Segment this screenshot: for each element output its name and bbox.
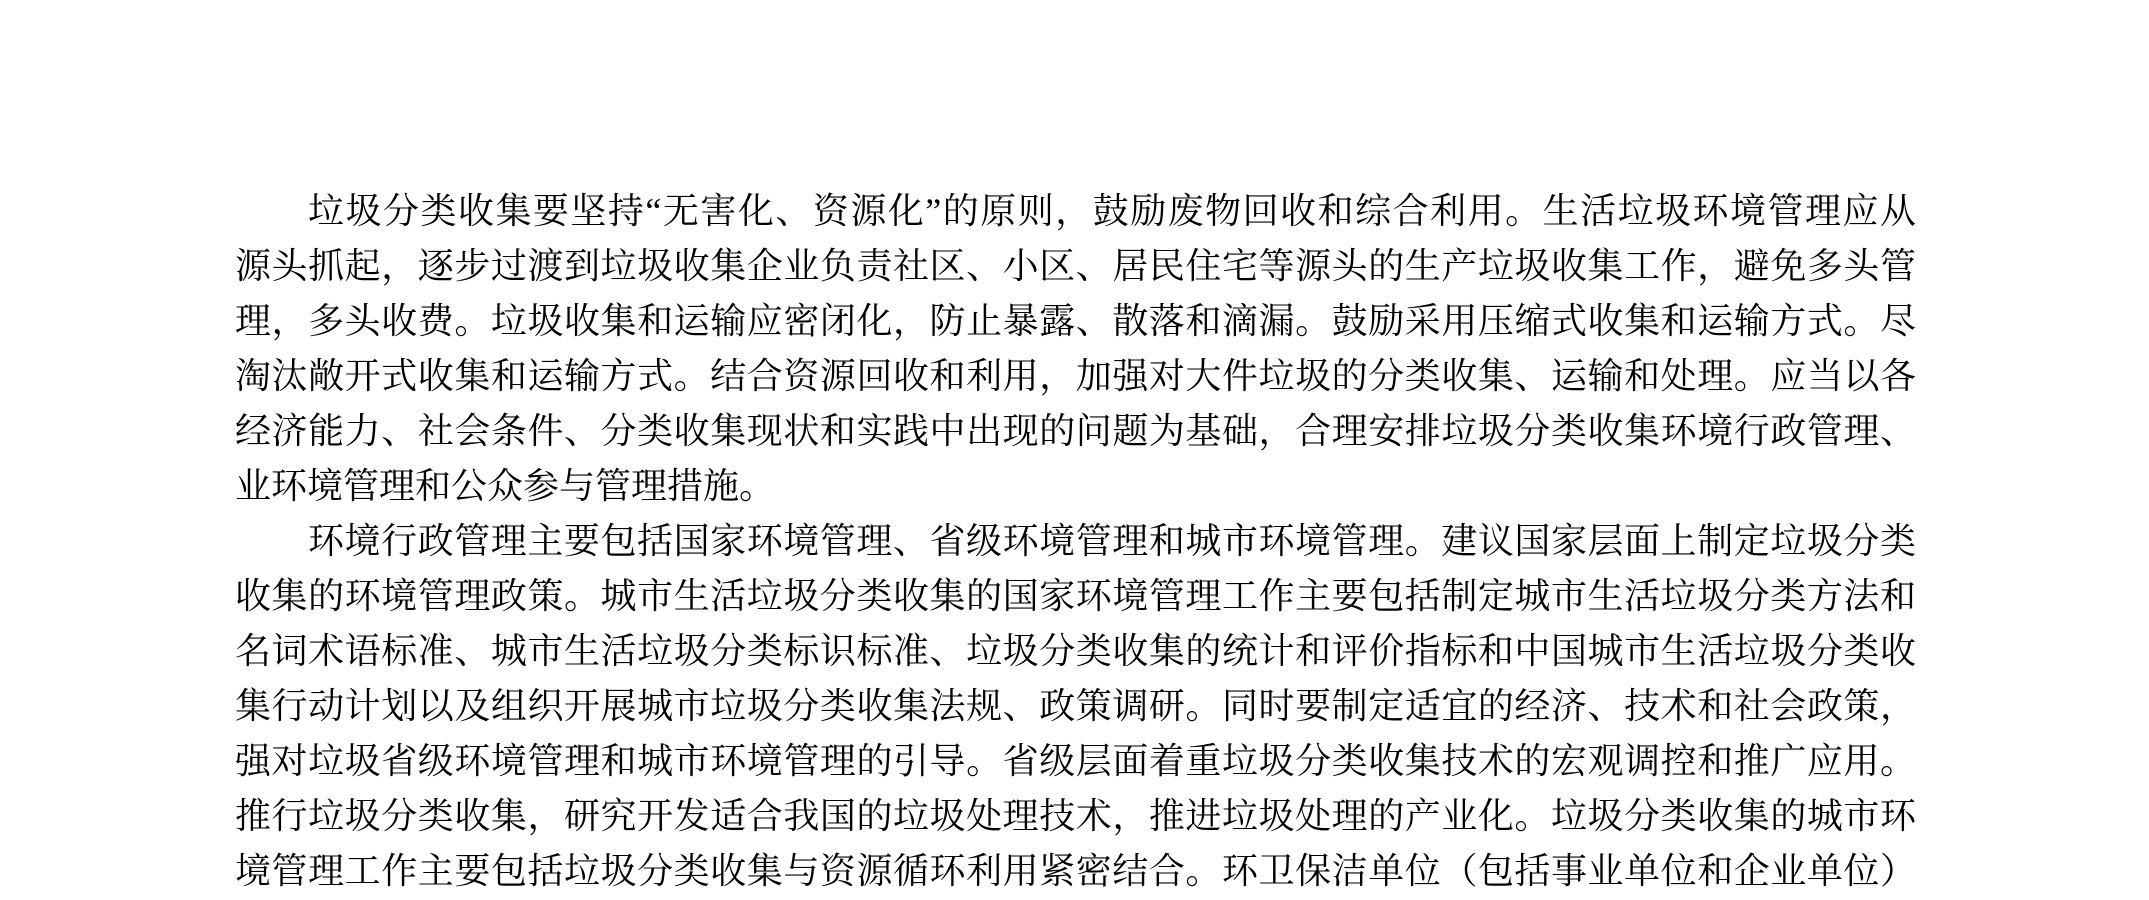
- document-text-block: 垃圾分类收集要坚持“无害化、资源化”的原则，鼓励废物回收和综合利用。生活垃圾环境…: [235, 184, 1916, 899]
- text-line: 业环境管理和公众参与管理措施。: [235, 459, 1916, 514]
- text-line: 理，多头收费。垃圾收集和运输应密闭化，防止暴露、散落和滴漏。鼓励采用压缩式收集和…: [235, 294, 1916, 349]
- document-page: 垃圾分类收集要坚持“无害化、资源化”的原则，鼓励废物回收和综合利用。生活垃圾环境…: [0, 0, 2149, 900]
- text-line: 推行垃圾分类收集，研究开发适合我国的垃圾处理技术，推进垃圾处理的产业化。垃圾分类…: [235, 789, 1916, 844]
- text-line: 源头抓起，逐步过渡到垃圾收集企业负责社区、小区、居民住宅等源头的生产垃圾收集工作…: [235, 239, 1916, 294]
- text-line: 收集的环境管理政策。城市生活垃圾分类收集的国家环境管理工作主要包括制定城市生活垃…: [235, 569, 1916, 624]
- paragraph-2: 环境行政管理主要包括国家环境管理、省级环境管理和城市环境管理。建议国家层面上制定…: [235, 514, 1916, 899]
- paragraph-1: 垃圾分类收集要坚持“无害化、资源化”的原则，鼓励废物回收和综合利用。生活垃圾环境…: [235, 184, 1916, 514]
- text-line: 环境行政管理主要包括国家环境管理、省级环境管理和城市环境管理。建议国家层面上制定…: [235, 514, 1916, 569]
- text-line: 垃圾分类收集要坚持“无害化、资源化”的原则，鼓励废物回收和综合利用。生活垃圾环境…: [235, 184, 1916, 239]
- text-line: 经济能力、社会条件、分类收集现状和实践中出现的问题为基础，合理安排垃圾分类收集环…: [235, 404, 1916, 459]
- text-line: 名词术语标准、城市生活垃圾分类标识标准、垃圾分类收集的统计和评价指标和中国城市生…: [235, 624, 1916, 679]
- text-line: 境管理工作主要包括垃圾分类收集与资源循环利用紧密结合。环卫保洁单位（包括事业单位…: [235, 844, 1916, 899]
- text-line: 淘汰敞开式收集和运输方式。结合资源回收和利用，加强对大件垃圾的分类收集、运输和处…: [235, 349, 1916, 404]
- text-line: 强对垃圾省级环境管理和城市环境管理的引导。省级层面着重垃圾分类收集技术的宏观调控…: [235, 734, 1916, 789]
- text-line: 集行动计划以及组织开展城市垃圾分类收集法规、政策调研。同时要制定适宜的经济、技术…: [235, 679, 1916, 734]
